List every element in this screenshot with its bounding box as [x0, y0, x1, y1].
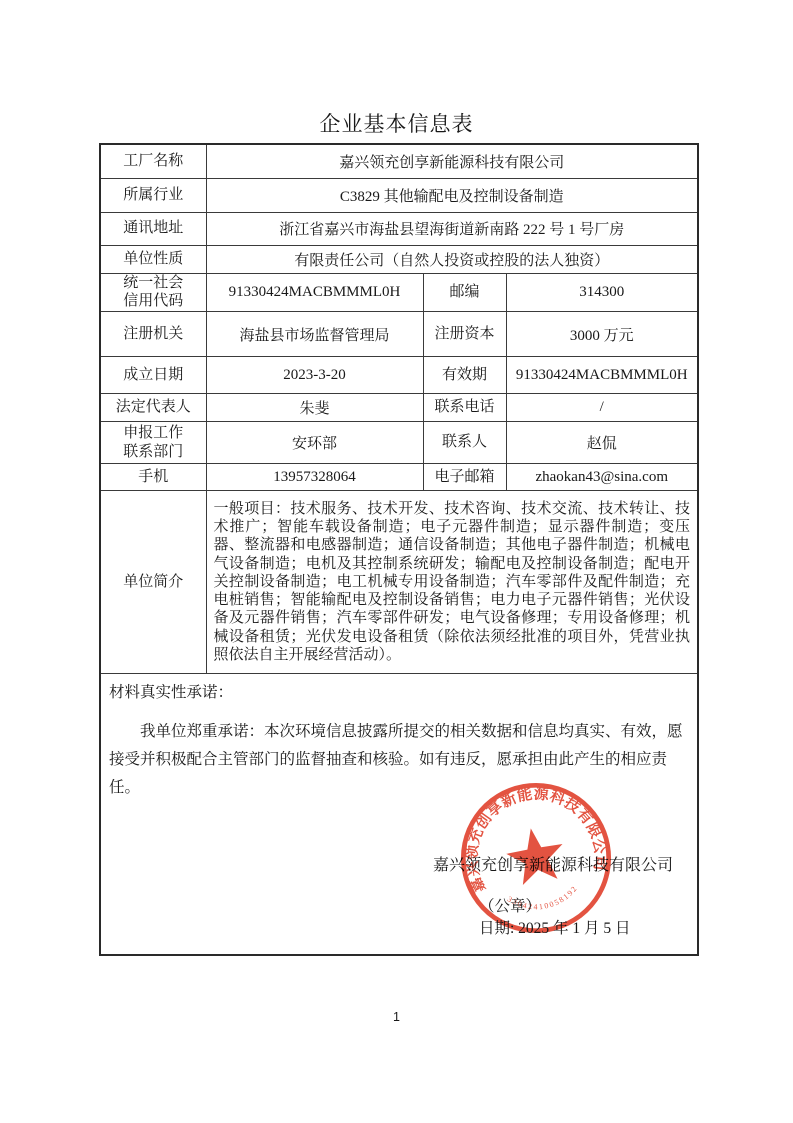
table-row: 单位简介 一般项目：技术服务、技术开发、技术咨询、技术交流、技术转让、技术推广；… [100, 491, 698, 674]
contact-person-value: 赵侃 [506, 422, 698, 464]
founding-date-value: 2023-3-20 [206, 357, 423, 394]
postcode-value: 314300 [506, 273, 698, 312]
address-value: 浙江省嘉兴市海盐县望海街道新南路 222 号 1 号厂房 [206, 212, 698, 245]
document-page: 企业基本信息表 工厂名称 嘉兴领充创享新能源科技有限公司 所属行业 C3829 … [0, 0, 793, 1123]
email-value: zhaokan43@sina.com [506, 464, 698, 491]
table-row: 单位性质 有限责任公司（自然人投资或控股的法人独资） [100, 245, 698, 273]
industry-label: 所属行业 [100, 178, 206, 212]
registry-authority-label: 注册机关 [100, 312, 206, 357]
legal-rep-value: 朱斐 [206, 394, 423, 422]
registry-authority-value: 海盐县市场监督管理局 [206, 312, 423, 357]
contact-person-label: 联系人 [423, 422, 506, 464]
commitment-section: 材料真实性承诺： 我单位郑重承诺：本次环境信息披露所提交的相关数据和信息均真实、… [101, 674, 697, 952]
validity-value: 91330424MACBMMML0H [506, 357, 698, 394]
page-title: 企业基本信息表 [0, 108, 793, 138]
factory-name-label: 工厂名称 [100, 144, 206, 178]
table-row: 材料真实性承诺： 我单位郑重承诺：本次环境信息披露所提交的相关数据和信息均真实、… [100, 674, 698, 955]
info-table: 工厂名称 嘉兴领充创享新能源科技有限公司 所属行业 C3829 其他输配电及控制… [99, 143, 699, 956]
reporting-department-label: 申报工作 联系部门 [100, 422, 206, 464]
official-seal-note: （公章） [479, 894, 541, 916]
contact-phone-label: 联系电话 [423, 394, 506, 422]
validity-label: 有效期 [423, 357, 506, 394]
table-row: 通讯地址 浙江省嘉兴市海盐县望海街道新南路 222 号 1 号厂房 [100, 212, 698, 245]
entity-type-value: 有限责任公司（自然人投资或控股的法人独资） [206, 245, 698, 273]
registered-capital-label: 注册资本 [423, 312, 506, 357]
signature-date: 日期: 2025 年 1 月 5 日 [479, 916, 631, 938]
address-label: 通讯地址 [100, 212, 206, 245]
table-row: 法定代表人 朱斐 联系电话 / [100, 394, 698, 422]
credit-code-label: 统一社会 信用代码 [100, 273, 206, 312]
legal-rep-label: 法定代表人 [100, 394, 206, 422]
registered-capital-value: 3000 万元 [506, 312, 698, 357]
company-profile-label: 单位简介 [100, 491, 206, 674]
founding-date-label: 成立日期 [100, 357, 206, 394]
entity-type-label: 单位性质 [100, 245, 206, 273]
table-row: 统一社会 信用代码 91330424MACBMMML0H 邮编 314300 [100, 273, 698, 312]
credit-code-value: 91330424MACBMMML0H [206, 273, 423, 312]
mobile-value: 13957328064 [206, 464, 423, 491]
seal-star-icon [503, 823, 569, 886]
table-row: 所属行业 C3829 其他输配电及控制设备制造 [100, 178, 698, 212]
table-row: 手机 13957328064 电子邮箱 zhaokan43@sina.com [100, 464, 698, 491]
email-label: 电子邮箱 [423, 464, 506, 491]
factory-name-value: 嘉兴领充创享新能源科技有限公司 [206, 144, 698, 178]
contact-phone-value: / [506, 394, 698, 422]
industry-value: C3829 其他输配电及控制设备制造 [206, 178, 698, 212]
company-profile-text: 一般项目：技术服务、技术开发、技术咨询、技术交流、技术转让、技术推广；智能车载设… [206, 491, 698, 674]
page-number: 1 [0, 1010, 793, 1024]
table-row: 申报工作 联系部门 安环部 联系人 赵侃 [100, 422, 698, 464]
commitment-heading: 材料真实性承诺： [101, 674, 697, 702]
mobile-label: 手机 [100, 464, 206, 491]
table-row: 注册机关 海盐县市场监督管理局 注册资本 3000 万元 [100, 312, 698, 357]
table-row: 工厂名称 嘉兴领充创享新能源科技有限公司 [100, 144, 698, 178]
commitment-cell: 材料真实性承诺： 我单位郑重承诺：本次环境信息披露所提交的相关数据和信息均真实、… [100, 674, 698, 955]
table-row: 成立日期 2023-3-20 有效期 91330424MACBMMML0H [100, 357, 698, 394]
reporting-department-value: 安环部 [206, 422, 423, 464]
postcode-label: 邮编 [423, 273, 506, 312]
